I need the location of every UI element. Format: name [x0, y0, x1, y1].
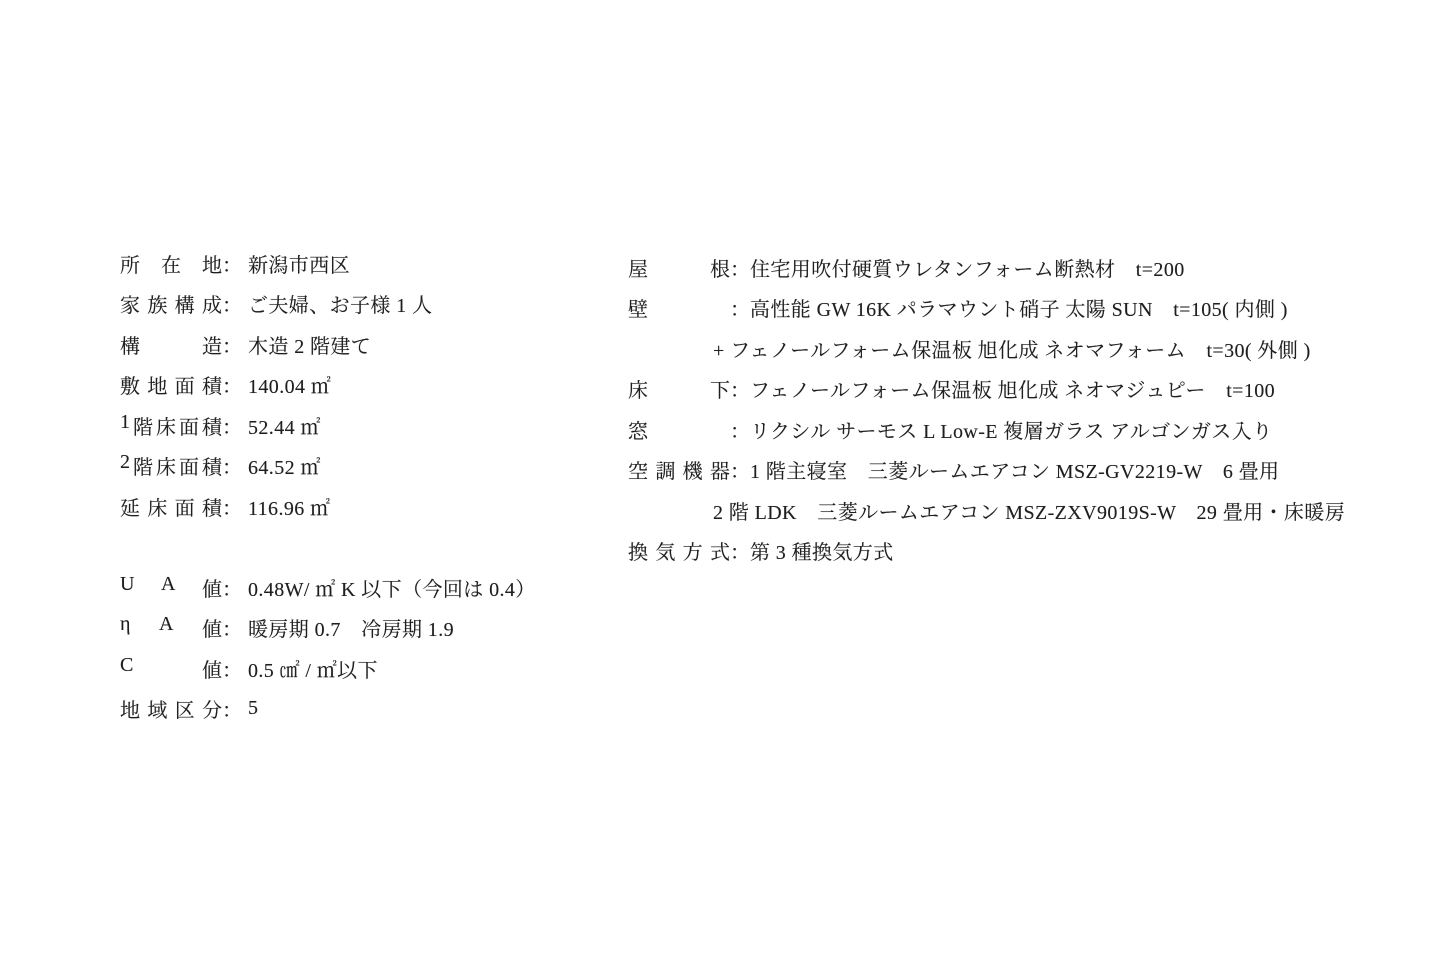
spec-row-colon: ： — [222, 249, 242, 278]
spec-row-colon: ： — [222, 330, 242, 359]
spec-row-label: C値 — [120, 654, 222, 683]
spec-row-value: 木造 2 階建て — [248, 330, 371, 359]
spec-row-value: 第 3 種換気方式 — [750, 536, 894, 565]
spec-row-colon: ： — [730, 536, 750, 565]
spec-row-label: 換気方式 — [628, 536, 730, 565]
spec-row: 1階床面積：52.44 ㎡ — [120, 405, 536, 446]
spec-row-label: 敷地面積 — [120, 370, 222, 399]
spec-row-colon: ： — [222, 451, 242, 480]
spec-row-label: 壁 — [628, 293, 730, 322]
spec-row: 壁：高性能 GW 16K パラマウント硝子 太陽 SUN t=105( 内側 ) — [628, 288, 1345, 329]
spec-row-colon: ： — [730, 374, 750, 403]
spec-row-value: 暖房期 0.7 冷房期 1.9 — [248, 613, 454, 642]
spec-row-colon: ： — [222, 613, 242, 642]
spec-row-colon: ： — [222, 370, 242, 399]
spec-row-label: 1階床面積 — [120, 411, 222, 440]
spec-row-colon: ： — [730, 253, 750, 282]
spec-row-label: UA値 — [120, 573, 222, 602]
site-and-performance-column: 所在地：新潟市西区 家族構成：ご夫婦、お子様 1 人 構造：木造 2 階建て 敷… — [120, 243, 536, 729]
spec-row-label: 窓 — [628, 415, 730, 444]
spec-row-value: 140.04 ㎡ — [248, 370, 331, 399]
spec-row-colon: ： — [730, 293, 750, 322]
spec-row-label: 延床面積 — [120, 492, 222, 521]
spec-row: 地域区分：5 — [120, 689, 536, 730]
spec-row-label: ηA値 — [120, 613, 222, 642]
spec-row-value: + フェノールフォーム保温板 旭化成 ネオマフォーム t=30( 外側 ) — [628, 334, 1311, 363]
spec-row-value: 52.44 ㎡ — [248, 411, 321, 440]
spec-row: 空調機器：1 階主寝室 三菱ルームエアコン MSZ-GV2219-W 6 畳用 — [628, 450, 1345, 491]
spec-row-label: 構造 — [120, 330, 222, 359]
spec-row-label: 床下 — [628, 374, 730, 403]
spec-row: 2階床面積：64.52 ㎡ — [120, 446, 536, 487]
spec-row-value: 住宅用吹付硬質ウレタンフォーム断熱材 t=200 — [750, 253, 1185, 282]
spec-row: 家族構成：ご夫婦、お子様 1 人 — [120, 284, 536, 325]
spec-row-label: 屋根 — [628, 253, 730, 282]
spec-row-colon: ： — [222, 492, 242, 521]
spec-row-value: ご夫婦、お子様 1 人 — [248, 289, 432, 318]
spec-row-colon: ： — [222, 694, 242, 723]
spec-row-colon: ： — [222, 411, 242, 440]
spec-row: ηA値：暖房期 0.7 冷房期 1.9 — [120, 608, 536, 649]
spec-row: 窓：リクシル サーモス L Low-E 複層ガラス アルゴンガス入り — [628, 409, 1345, 450]
spec-row: 敷地面積：140.04 ㎡ — [120, 365, 536, 406]
spec-row-value: 高性能 GW 16K パラマウント硝子 太陽 SUN t=105( 内側 ) — [750, 293, 1288, 322]
spec-row-label: 空調機器 — [628, 455, 730, 484]
spec-row: 所在地：新潟市西区 — [120, 243, 536, 284]
spec-row-value: 64.52 ㎡ — [248, 451, 321, 480]
spec-row: 床下：フェノールフォーム保温板 旭化成 ネオマジュピー t=100 — [628, 369, 1345, 410]
spec-row-continuation: 2 階 LDK 三菱ルームエアコン MSZ-ZXV9019S-W 29 畳用・床… — [628, 490, 1345, 531]
spec-row-value: 新潟市西区 — [248, 249, 350, 278]
spec-row-value: 5 — [248, 697, 258, 720]
spec-row: 延床面積：116.96 ㎡ — [120, 486, 536, 527]
insulation-and-equipment-column: 屋根：住宅用吹付硬質ウレタンフォーム断熱材 t=200 壁：高性能 GW 16K… — [628, 247, 1345, 571]
spec-row-value: 116.96 ㎡ — [248, 492, 330, 521]
spec-row-colon: ： — [222, 654, 242, 683]
spec-row-value: 2 階 LDK 三菱ルームエアコン MSZ-ZXV9019S-W 29 畳用・床… — [628, 496, 1345, 525]
spec-row-value: 1 階主寝室 三菱ルームエアコン MSZ-GV2219-W 6 畳用 — [750, 455, 1279, 484]
spec-row-value: リクシル サーモス L Low-E 複層ガラス アルゴンガス入り — [750, 415, 1273, 444]
spec-row-label: 家族構成 — [120, 289, 222, 318]
spec-row: 構造：木造 2 階建て — [120, 324, 536, 365]
spec-row-colon: ： — [222, 573, 242, 602]
spec-row-colon: ： — [222, 289, 242, 318]
spec-row-value: 0.5 ㎠ / ㎡以下 — [248, 654, 378, 683]
section-gap — [120, 527, 536, 568]
spec-row-continuation: + フェノールフォーム保温板 旭化成 ネオマフォーム t=30( 外側 ) — [628, 328, 1345, 369]
spec-row-label: 地域区分 — [120, 694, 222, 723]
spec-row: 屋根：住宅用吹付硬質ウレタンフォーム断熱材 t=200 — [628, 247, 1345, 288]
spec-row-value: フェノールフォーム保温板 旭化成 ネオマジュピー t=100 — [750, 374, 1275, 403]
spec-row: 換気方式：第 3 種換気方式 — [628, 531, 1345, 572]
spec-sheet-page: 所在地：新潟市西区 家族構成：ご夫婦、お子様 1 人 構造：木造 2 階建て 敷… — [0, 0, 1440, 960]
spec-row-label: 所在地 — [120, 249, 222, 278]
spec-row-label: 2階床面積 — [120, 451, 222, 480]
spec-row: UA値：0.48W/ ㎡ K 以下（今回は 0.4） — [120, 567, 536, 608]
spec-row-colon: ： — [730, 415, 750, 444]
spec-row: C値：0.5 ㎠ / ㎡以下 — [120, 648, 536, 689]
spec-row-value: 0.48W/ ㎡ K 以下（今回は 0.4） — [248, 573, 536, 602]
spec-row-colon: ： — [730, 455, 750, 484]
